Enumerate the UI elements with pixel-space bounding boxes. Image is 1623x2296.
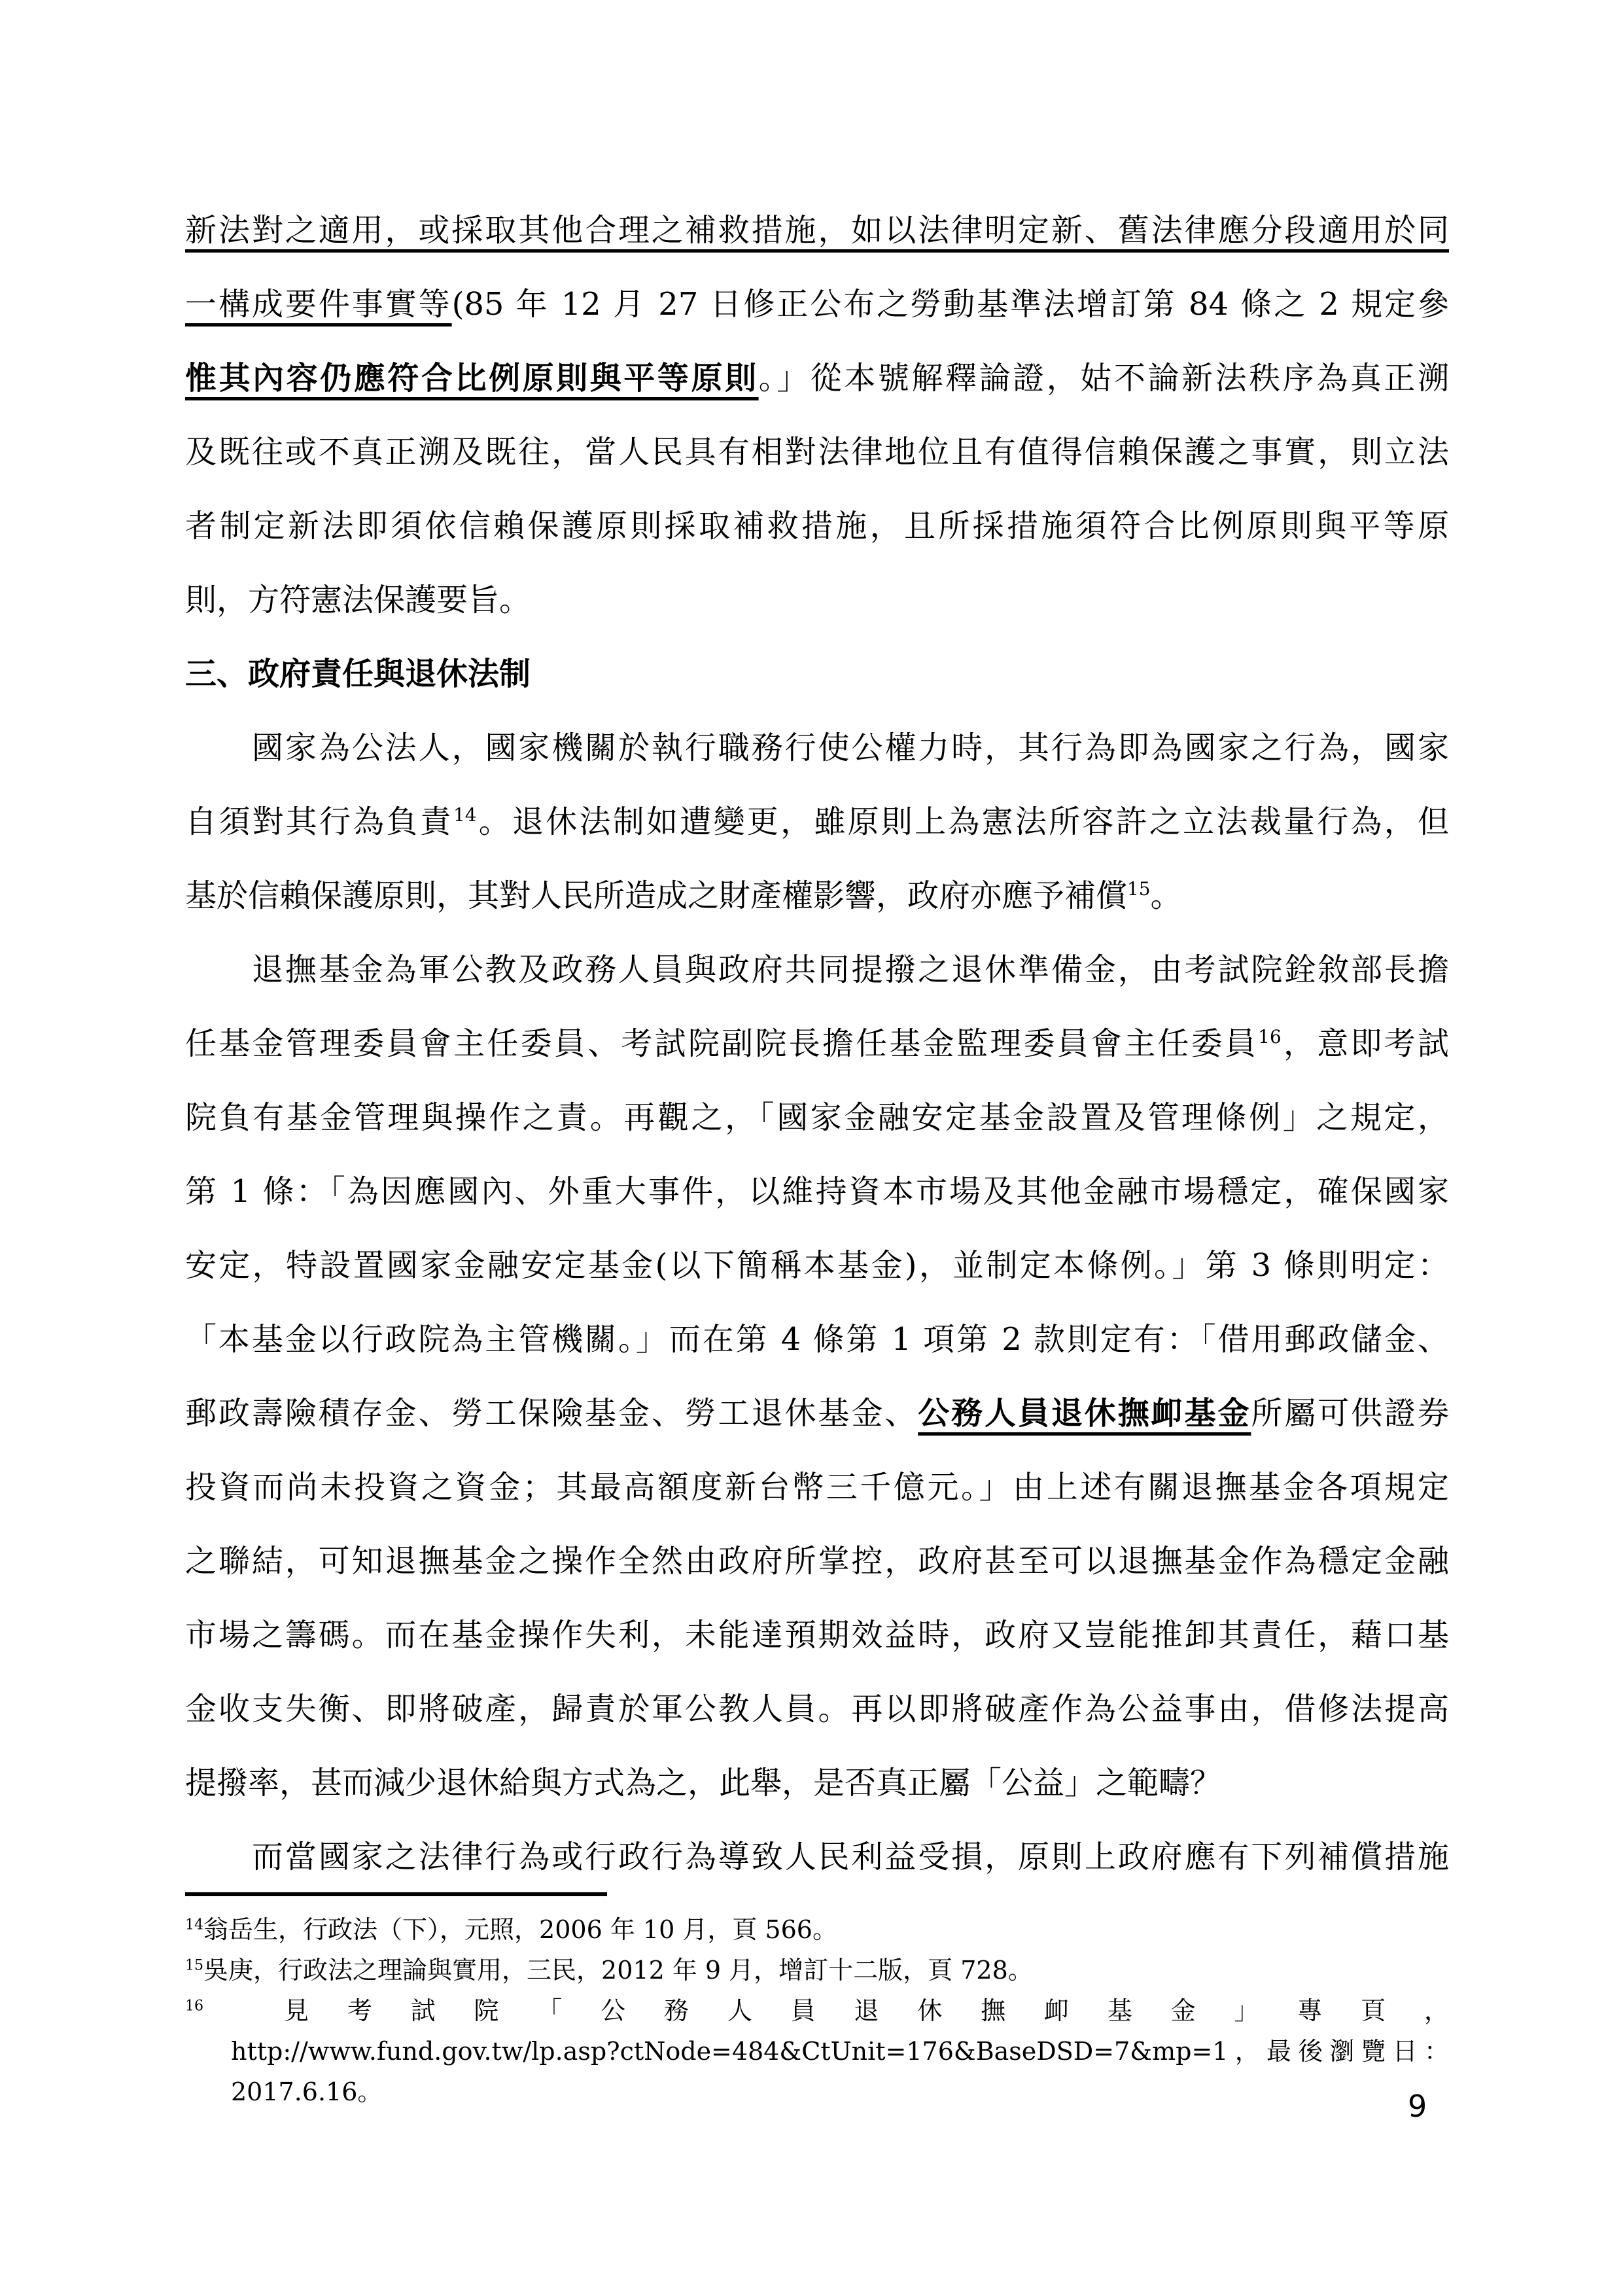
footnote-14: 14翁岳生，行政法（下），元照，2006 年 10 月，頁 566。	[185, 1909, 1449, 1950]
line-23: 而當國家之法律行為或行政行為導致人民利益受損，原則上政府應有下列補償措施	[185, 1820, 1449, 1894]
footnote-number-15: 15	[185, 1957, 203, 1973]
line-11: 退撫基金為軍公教及政務人員與政府共同提撥之退休準備金，由考試院銓敘部長擔	[185, 933, 1449, 1007]
text-run: 郵政壽險積存金、勞工保險基金、勞工退休基金、	[185, 1395, 918, 1432]
text-run: 安定，特設置國家金融安定基金(以下簡稱本基金)，並制定本條例。」第 3 條則明定…	[185, 1247, 1449, 1284]
footnote-separator	[185, 1892, 607, 1896]
line-22: 提撥率，甚而減少退休給與方式為之，此舉，是否真正屬「公益」之範疇？	[185, 1746, 1449, 1820]
line-15: 安定，特設置國家金融安定基金(以下簡稱本基金)，並制定本條例。」第 3 條則明定…	[185, 1229, 1449, 1303]
footnote-ref-14: 14	[453, 804, 476, 826]
line-19: 之聯結，可知退撫基金之操作全然由政府所掌控，政府甚至可以退撫基金作為穩定金融	[185, 1525, 1449, 1598]
footnote-text: ，最後瀏覽日：	[1228, 2037, 1449, 2066]
bold-underlined-run: 惟其內容仍應符合比例原則與平等原則	[185, 360, 759, 397]
footnote-16-line-3: 2017.6.16。	[185, 2072, 1449, 2112]
line-10: 基於信賴保護原則，其對人民所造成之財產權影響，政府亦應予補償15。	[185, 859, 1449, 933]
text-run: 。	[1150, 877, 1181, 914]
text-run: 「本基金以行政院為主管機關。」而在第 4 條第 1 項第 2 款則定有：「借用郵…	[185, 1321, 1449, 1358]
text-run: 金收支失衡、即將破產，歸責於軍公教人員。再以即將破產作為公益事由，借修法提高	[185, 1691, 1449, 1727]
line-14: 第 1 條：「為因應國內、外重大事件，以維持資本市場及其他金融市場穩定，確保國家	[185, 1155, 1449, 1229]
text-run: ，意即考試	[1282, 1025, 1449, 1062]
body-text: 新法對之適用，或採取其他合理之補救措施，如以法律明定新、舊法律應分段適用於同 一…	[185, 194, 1449, 1894]
footnote-15: 15吳庚，行政法之理論與實用，三民，2012 年 9 月，增訂十二版，頁 728…	[185, 1950, 1449, 1990]
section-heading: 三、政府責任與退休法制	[185, 637, 1449, 711]
text-run: 而當國家之法律行為或行政行為導致人民利益受損，原則上政府應有下列補償措施	[252, 1839, 1449, 1875]
line-05: 者制定新法即須依信賴保護原則採取補救措施，且所採措施須符合比例原則與平等原	[185, 489, 1449, 563]
page-number: 9	[1408, 2089, 1427, 2124]
text-run: 國家為公法人，國家機關於執行職務行使公權力時，其行為即為國家之行為，國家	[252, 730, 1449, 766]
text-run: 。」從本號解釋論證，姑不論新法秩序為真正溯	[759, 360, 1449, 397]
text-run: 院負有基金管理與操作之責。再觀之，「國家金融安定基金設置及管理條例」之規定，	[185, 1099, 1449, 1136]
text-run: 第 1 條：「為因應國內、外重大事件，以維持資本市場及其他金融市場穩定，確保國家	[185, 1173, 1449, 1210]
footnote-number-16: 16	[185, 1998, 203, 2014]
bold-underlined-run: 公務人員退休撫卹基金	[918, 1395, 1251, 1432]
document-page: 新法對之適用，或採取其他合理之補救措施，如以法律明定新、舊法律應分段適用於同 一…	[0, 0, 1623, 2296]
footnote-text: 2017.6.16。	[231, 2077, 382, 2106]
line-01: 新法對之適用，或採取其他合理之補救措施，如以法律明定新、舊法律應分段適用於同	[185, 194, 1449, 268]
footnote-number-14: 14	[185, 1916, 203, 1933]
text-run: 退撫基金為軍公教及政務人員與政府共同提撥之退休準備金，由考試院銓敘部長擔	[252, 951, 1449, 988]
text-run: 市場之籌碼。而在基金操作失利，未能達預期效益時，政府又豈能推卸其責任，藉口基	[185, 1617, 1449, 1653]
line-03: 惟其內容仍應符合比例原則與平等原則。」從本號解釋論證，姑不論新法秩序為真正溯	[185, 342, 1449, 415]
text-run: 之聯結，可知退撫基金之操作全然由政府所掌控，政府甚至可以退撫基金作為穩定金融	[185, 1543, 1449, 1580]
footnote-ref-16: 16	[1258, 1026, 1281, 1048]
footnote-text: 見考試院「公務人員退休撫卹基金」專頁，	[245, 1996, 1449, 2025]
text-run: 及既往或不真正溯及既往，當人民具有相對法律地位且有值得信賴保護之事實，則立法	[185, 434, 1449, 470]
text-run: 任基金管理委員會主任委員、考試院副院長擔任基金監理委員會主任委員	[185, 1025, 1258, 1062]
text-run: 基於信賴保護原則，其對人民所造成之財產權影響，政府亦應予補償	[185, 877, 1127, 914]
line-06: 則，方符憲法保護要旨。	[185, 563, 1449, 637]
line-09: 自須對其行為負責14。退休法制如遭變更，雖原則上為憲法所容許之立法裁量行為，但	[185, 785, 1449, 859]
text-run: 提撥率，甚而減少退休給與方式為之，此舉，是否真正屬「公益」之範疇？	[185, 1765, 1221, 1801]
footnote-16-line-2: http://www.fund.gov.tw/lp.asp?ctNode=484…	[185, 2031, 1449, 2072]
text-run: 自須對其行為負責	[185, 804, 453, 840]
line-17: 郵政壽險積存金、勞工保險基金、勞工退休基金、公務人員退休撫卹基金所屬可供證券	[185, 1377, 1449, 1451]
text-run: 則，方符憲法保護要旨。	[185, 582, 531, 618]
text-run: 者制定新法即須依信賴保護原則採取補救措施，且所採措施須符合比例原則與平等原	[185, 508, 1449, 544]
text-run: 。退休法制如遭變更，雖原則上為憲法所容許之立法裁量行為，但	[477, 804, 1450, 840]
footnote-ref-15: 15	[1127, 878, 1150, 900]
line-02: 一構成要件事實等(85 年 12 月 27 日修正公布之勞動基準法增訂第 84 …	[185, 268, 1449, 342]
line-12: 任基金管理委員會主任委員、考試院副院長擔任基金監理委員會主任委員16，意即考試	[185, 1007, 1449, 1081]
text-run: 所屬可供證券	[1251, 1395, 1449, 1432]
footnote-text: 翁岳生，行政法（下），元照，2006 年 10 月，頁 566。	[203, 1915, 837, 1944]
line-04: 及既往或不真正溯及既往，當人民具有相對法律地位且有值得信賴保護之事實，則立法	[185, 415, 1449, 489]
line-20: 市場之籌碼。而在基金操作失利，未能達預期效益時，政府又豈能推卸其責任，藉口基	[185, 1598, 1449, 1672]
footnote-text: 吳庚，行政法之理論與實用，三民，2012 年 9 月，增訂十二版，頁 728。	[203, 1956, 1033, 1985]
footnote-16-line-1: 16見考試院「公務人員退休撫卹基金」專頁，	[185, 1990, 1449, 2031]
line-18: 投資而尚未投資之資金；其最高額度新台幣三千億元。」由上述有關退撫基金各項規定	[185, 1451, 1449, 1525]
footnotes: 14翁岳生，行政法（下），元照，2006 年 10 月，頁 566。 15吳庚，…	[185, 1892, 1449, 2112]
line-21: 金收支失衡、即將破產，歸責於軍公教人員。再以即將破產作為公益事由，借修法提高	[185, 1672, 1449, 1746]
heading-text: 三、政府責任與退休法制	[185, 656, 531, 692]
footnote-url: http://www.fund.gov.tw/lp.asp?ctNode=484…	[231, 2037, 1228, 2066]
underlined-run: 新法對之適用，或採取其他合理之補救措施，如以法律明定新、舊法律應分段適用於同	[185, 212, 1449, 249]
line-08: 國家為公法人，國家機關於執行職務行使公權力時，其行為即為國家之行為，國家	[185, 711, 1449, 785]
text-run: 投資而尚未投資之資金；其最高額度新台幣三千億元。」由上述有關退撫基金各項規定	[185, 1469, 1449, 1506]
line-13: 院負有基金管理與操作之責。再觀之，「國家金融安定基金設置及管理條例」之規定，	[185, 1081, 1449, 1155]
underlined-run: 一構成要件事實等	[185, 286, 452, 323]
line-16: 「本基金以行政院為主管機關。」而在第 4 條第 1 項第 2 款則定有：「借用郵…	[185, 1303, 1449, 1377]
